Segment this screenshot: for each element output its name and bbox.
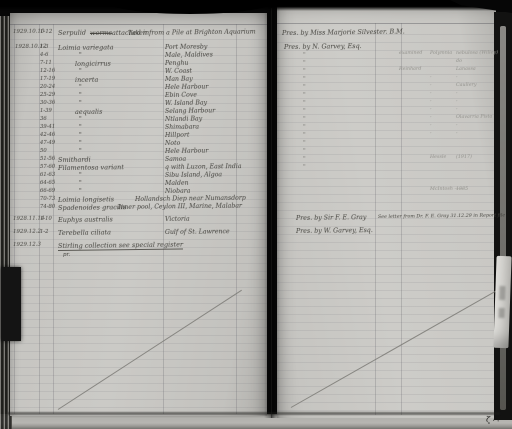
entry-reg-no: 47-49 <box>40 141 55 146</box>
pencil-note: Polymnia <box>430 52 452 57</box>
donor-line: Pres. by W. Garvey, Esq. <box>296 228 373 235</box>
column-rule <box>375 23 376 415</box>
pencil-note: · <box>456 124 458 130</box>
donor-line: Pres. by N. Garvey, Esq. <box>284 43 362 50</box>
entry-name: " <box>79 101 82 107</box>
header-rule <box>277 23 496 24</box>
column-rule <box>53 24 54 414</box>
entry-reg-no: 70-73 <box>40 197 55 202</box>
entry-name: Spadenoides gracilis <box>58 204 127 211</box>
pencil-note: · <box>456 76 458 82</box>
ditto-mark: " <box>303 77 306 83</box>
bookmark-smudge <box>499 286 505 300</box>
ruled-lines <box>277 34 496 414</box>
pencil-note: 1885 <box>456 188 468 193</box>
entry-name: " <box>79 181 82 187</box>
entry-locality: Selang Harbour <box>165 108 215 115</box>
book-bottom-shadow <box>8 412 500 415</box>
entry-reg-no: 12-16 <box>40 69 55 74</box>
entry-name: " <box>79 93 82 99</box>
entry-locality: Man Bay <box>165 77 193 84</box>
entry-name: Loimia variegata <box>58 44 114 51</box>
entry-name: " <box>79 117 82 123</box>
pencil-note: · <box>430 108 432 114</box>
entry-locality: Noto <box>165 141 180 147</box>
entry-locality: Ntlandi Bay <box>165 117 202 124</box>
header-rule <box>10 24 267 25</box>
pencil-note: do <box>456 60 462 65</box>
entry-locality: Niobara <box>165 189 190 196</box>
pencil-note: · <box>430 116 432 122</box>
entry-reg-no: 1-3 <box>40 45 49 50</box>
entry-reg-no: 39-41 <box>40 125 55 130</box>
dark-clip-left <box>1 267 21 341</box>
entry-locality: W. Island Bay <box>165 100 207 107</box>
pencil-note: · <box>456 100 458 106</box>
column-rule <box>163 24 164 414</box>
entry-locality: Male, Maldives <box>165 52 213 59</box>
entry-name: Filamentosa variant <box>58 164 124 171</box>
entry-name: " <box>79 53 82 59</box>
entry-reg-no: 1-12 <box>40 30 52 36</box>
entry-locality: Port Moresby <box>165 44 207 51</box>
ditto-mark: " <box>303 85 306 91</box>
entry-reg-no: 1-39 <box>40 109 52 114</box>
entry-reg-no: 30-36 <box>40 101 55 106</box>
entry-locality: W. Coast <box>165 69 192 76</box>
entry-name: " <box>79 141 82 147</box>
pencil-note: (1917) <box>456 156 472 161</box>
entry-name: Serpulid <box>58 30 86 37</box>
entry-reg-no: 1-2 <box>40 230 49 235</box>
entry-locality: Victoria <box>165 217 190 224</box>
ledger-photo: 181 1929.10.101-12Serpulid worms attache… <box>0 0 512 429</box>
ditto-mark: " <box>303 69 306 75</box>
entry-reg-no: 61-63 <box>40 173 55 178</box>
donor-line: Pres. by Sir F. E. Gray <box>296 215 367 222</box>
entry-reg-no: 57-60 <box>40 165 55 170</box>
entry-reg-no: 20-24 <box>40 85 55 90</box>
camera-shadow-top <box>108 0 272 14</box>
pencil-note: Caullery <box>456 84 477 89</box>
ditto-mark: " <box>303 101 306 107</box>
cancelled-entry: Stirling collection see special register <box>58 241 183 251</box>
pencil-note: · <box>430 84 432 90</box>
pencil-note: · <box>430 76 432 82</box>
entry-locality: Sibu Island, Algoa <box>165 172 222 179</box>
ditto-mark: " <box>303 157 306 163</box>
entry-reg-no: 74-80 <box>40 205 55 210</box>
entry-name: Euphys australis <box>58 216 113 223</box>
ditto-mark: " <box>303 93 306 99</box>
gutter-shadow <box>264 6 280 418</box>
entry-name: worms <box>90 30 112 37</box>
pencil-note: nebulosa (Willey) <box>456 51 498 56</box>
entry-locality: Hillport <box>165 133 190 140</box>
ditto-mark: " <box>303 61 306 67</box>
entry-reg-no: 25-29 <box>40 93 55 98</box>
ditto-mark: " <box>303 149 306 155</box>
entry-reg-no: 66-69 <box>40 189 55 194</box>
entry-name: aequalis <box>75 109 103 116</box>
pencil-note: Olavarria Pista <box>456 116 492 121</box>
entry-name: " <box>79 133 82 139</box>
pencil-note: · <box>456 92 458 98</box>
ditto-mark: " <box>303 53 306 59</box>
entry-locality: Ebin Cove <box>165 93 197 100</box>
entry-note: pr. <box>63 252 70 258</box>
light-bookmark-right <box>493 256 511 348</box>
entry-reg-no: 64-65 <box>40 181 55 186</box>
entry-locality: Penghu <box>165 61 189 67</box>
entry-name: incerta <box>75 77 98 84</box>
entry-name: " <box>79 149 82 155</box>
entry-locality: Malden <box>165 181 189 187</box>
bookmark-smudge <box>498 308 504 318</box>
entry-reg-no: 17-19 <box>40 77 55 82</box>
entry-reg-no: 50 <box>40 149 47 154</box>
ditto-mark: " <box>303 165 306 171</box>
entry-locality: Hele Harbour <box>165 84 208 91</box>
entry-name: " <box>79 85 82 91</box>
entry-name: " <box>79 69 82 75</box>
entry-name: Terebella ciliata <box>58 229 111 236</box>
entry-reg-no: 7-11 <box>40 61 52 66</box>
entry-name: " <box>79 189 82 195</box>
entry-date: 1929.12.2 <box>13 230 41 236</box>
ditto-mark: " <box>303 125 306 131</box>
entry-reg-no: 4-6 <box>40 53 49 58</box>
entry-name: " <box>79 173 82 179</box>
ditto-mark: " <box>303 117 306 123</box>
ditto-mark: " <box>303 109 306 115</box>
entry-name: longicirrus <box>75 61 111 68</box>
pencil-note: · <box>430 132 432 138</box>
donor-line: Pres. by Miss Marjorie Silvester. B.M. <box>282 29 405 37</box>
entry-locality: Samoa <box>165 157 186 163</box>
pencil-note: · <box>456 132 458 138</box>
pencil-note: examined <box>399 52 423 57</box>
entry-reg-no: 42-46 <box>40 133 55 138</box>
entry-locality: Hele Harbour <box>165 148 208 155</box>
gutter-line <box>271 8 272 418</box>
entry-reg-no: 51-56 <box>40 157 55 162</box>
column-rule <box>236 24 237 414</box>
floor-scribble: ζ·· <box>485 415 502 426</box>
ditto-mark: " <box>303 141 306 147</box>
entry-name: Smithardi <box>58 157 91 164</box>
entry-locality: q with Luzon, East India <box>165 164 242 171</box>
entry-name: " <box>79 125 82 131</box>
pencil-note: Reinhard <box>399 68 421 73</box>
entry-date: 1929.12.3 <box>13 243 41 249</box>
pencil-note: Lanassa <box>456 68 476 73</box>
entry-reg-no: 1-10 <box>40 217 52 222</box>
entry-locality: Gulf of St. Lawrence <box>165 229 230 236</box>
pencil-note: · <box>456 108 458 114</box>
pencil-note: Hessle <box>430 156 446 161</box>
pencil-note: · <box>430 92 432 98</box>
ditto-mark: " <box>303 133 306 139</box>
pencil-note: · <box>430 100 432 106</box>
entry-locality: Taken from a Pile at Brighton Aquarium <box>128 29 256 37</box>
entry-locality: Shimabara <box>165 125 199 132</box>
pencil-note: · <box>430 124 432 130</box>
entry-reg-no: 36 <box>40 117 47 122</box>
